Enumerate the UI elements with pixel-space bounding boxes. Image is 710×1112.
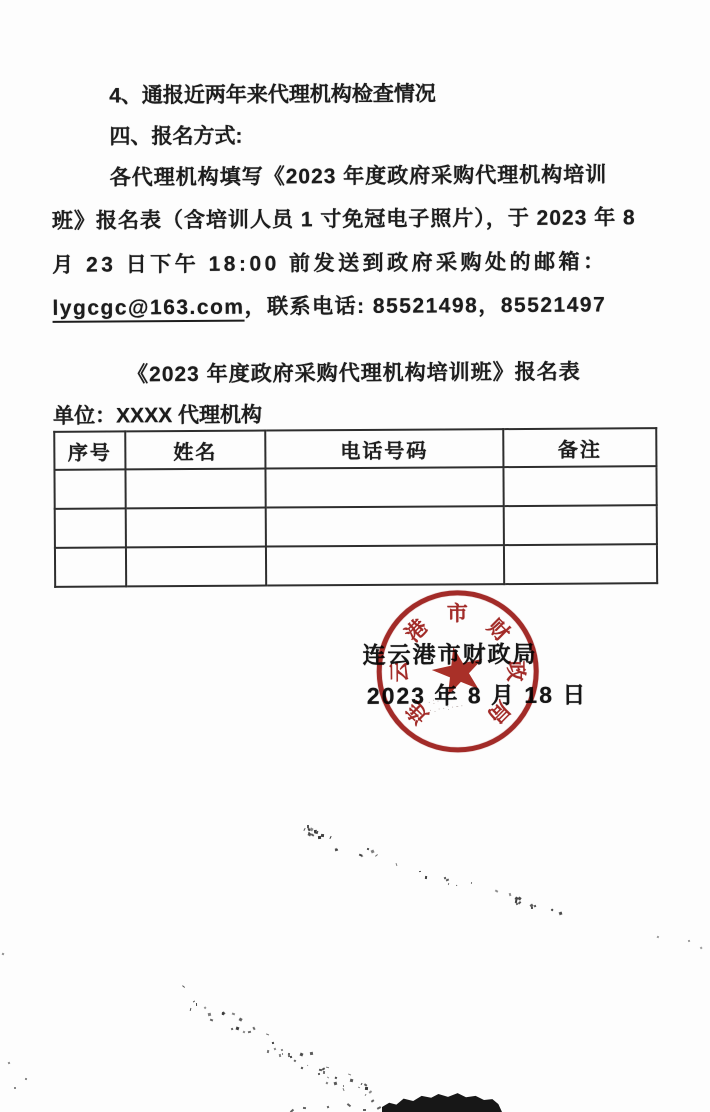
table-cell bbox=[54, 469, 125, 508]
table-cell bbox=[266, 506, 504, 546]
section-heading-registration-method: 四、报名方式: bbox=[109, 120, 242, 151]
header-remarks: 备注 bbox=[503, 428, 656, 467]
registration-table: 序号 姓名 电话号码 备注 bbox=[53, 427, 658, 588]
table-cell bbox=[266, 545, 504, 585]
table-cell bbox=[126, 547, 266, 587]
body-line-contact: lygcgc@163.com，联系电话: 85521498，85521497 bbox=[52, 288, 606, 321]
contact-phones: ，联系电话: 85521498，85521497 bbox=[244, 293, 606, 318]
document-content: 4、通报近两年来代理机构检查情况 四、报名方式: 各代理机构填写《2023 年度… bbox=[0, 0, 710, 1112]
signature-date: 2023 年 8 月 18 日 bbox=[367, 677, 588, 711]
table-cell bbox=[504, 544, 657, 584]
header-serial-number: 序号 bbox=[54, 431, 125, 469]
body-line-item4: 4、通报近两年来代理机构检查情况 bbox=[109, 77, 436, 109]
table-row bbox=[54, 466, 656, 509]
body-line-3: 月 23 日下午 18:00 前发送到政府采购处的邮箱： bbox=[52, 245, 608, 278]
body-line-2: 班》报名表（含培训人员 1 寸免冠电子照片），于 2023 年 8 bbox=[52, 201, 636, 235]
table-cell bbox=[126, 508, 266, 548]
seal-ring-char: 市 bbox=[447, 597, 468, 627]
table-cell bbox=[125, 469, 265, 509]
header-name: 姓名 bbox=[125, 431, 265, 470]
unit-label: 单位：XXXX 代理机构 bbox=[53, 399, 262, 430]
table-row bbox=[55, 544, 657, 587]
header-phone-number: 电话号码 bbox=[265, 429, 503, 468]
table-cell bbox=[55, 508, 126, 547]
table-cell bbox=[55, 547, 126, 586]
official-seal: 连 云 港 市 财 政 局 ·:· ···.··:·-· bbox=[376, 590, 539, 753]
scanned-document-page: 4、通报近两年来代理机构检查情况 四、报名方式: 各代理机构填写《2023 年度… bbox=[0, 0, 710, 1112]
table-cell bbox=[504, 505, 657, 545]
table-header-row: 序号 姓名 电话号码 备注 bbox=[54, 428, 656, 470]
form-title: 《2023 年度政府采购代理机构培训班》报名表 bbox=[0, 355, 709, 389]
email-address: lygcgc@163.com bbox=[52, 296, 244, 323]
table-row bbox=[55, 505, 657, 548]
table-cell bbox=[265, 467, 503, 507]
body-line-1: 各代理机构填写《2023 年度政府采购代理机构培训 bbox=[110, 158, 608, 191]
table-cell bbox=[503, 466, 656, 506]
signature-organization: 连云港市财政局 bbox=[362, 636, 537, 670]
